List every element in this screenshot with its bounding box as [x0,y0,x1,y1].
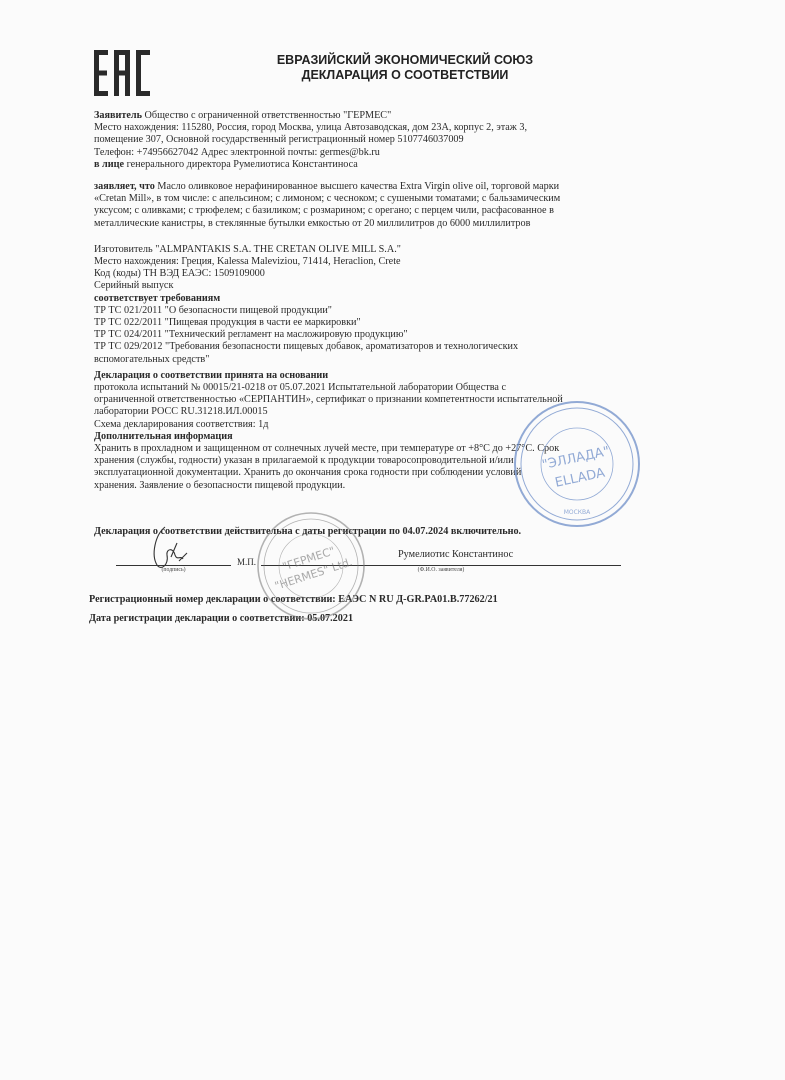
applicant-contacts: Телефон: +74956627042 Адрес электронной … [94,147,634,159]
svg-text:"HERMES" Ltd.: "HERMES" Ltd. [273,555,354,592]
requirement-item: ТР ТС 022/2011 "Пищевая продукция в част… [94,317,634,329]
additional-info-label: Дополнительная информация [94,431,634,443]
applicant-representative: в лице генерального директора Румелиотис… [94,159,634,171]
fio-line [261,565,621,566]
basis-line-1: протокола испытаний № 00015/21-0218 от 0… [94,382,634,394]
registration-number: Регистрационный номер декларации о соотв… [89,594,498,605]
seal-place-label: М.П. [237,557,256,567]
tn-ved-code: Код (коды) ТН ВЭД ЕАЭС: 1509109000 [94,268,634,280]
applicant-label: Заявитель [94,110,142,121]
document-header: ЕВРАЗИЙСКИЙ ЭКОНОМИЧЕСКИЙ СОЮЗ ДЕКЛАРАЦИ… [240,53,570,83]
declaration-label: заявляет, что [94,181,155,192]
eac-logo-icon [94,50,152,96]
production-type: Серийный выпуск [94,280,634,292]
declaration-line-4: металлические канистры, в стеклянные бут… [94,218,634,230]
additional-info-line-1: Хранить в прохладном и защищенном от сол… [94,443,634,455]
basis-line-2: ограниченной ответственностью «СЕРПАНТИН… [94,394,634,406]
additional-info-line-4: хранения. Заявление о безопасности пищев… [94,480,634,492]
applicant-address-1: Место нахождения: 115280, Россия, город … [94,122,634,134]
basis-label: Декларация о соответствии принята на осн… [94,370,634,382]
fio-caption: (Ф.И.О. заявителя) [261,567,621,573]
additional-info-line-3: эксплуатационной документации. Хранить д… [94,467,634,479]
representative-value: генерального директора Румелиотиса Конст… [124,159,358,170]
svg-text:МОСКВА: МОСКВА [564,509,591,516]
declaration-line-2: «Cretan Mill», в том числе: с апельсином… [94,193,634,205]
additional-info-line-2: хранения (службы, годности) указан в при… [94,455,634,467]
declaration-scheme: Схема декларирования соответствия: 1д [94,419,634,431]
manufacturer-name: Изготовитель "ALMPANTAKIS S.A. THE CRETA… [94,244,634,256]
applicant-name: Общество с ограниченной ответственностью… [142,110,391,121]
representative-label: в лице [94,159,124,170]
declaration-title: ДЕКЛАРАЦИЯ О СООТВЕТСТВИИ [240,68,570,83]
requirement-item: вспомогательных средств" [94,354,634,366]
declaration-line-1: заявляет, что Масло оливковое нерафиниро… [94,181,634,193]
requirement-item: ТР ТС 024/2011 "Технический регламент на… [94,329,634,341]
applicant-address-2: помещение 307, Основной государственный … [94,134,634,146]
declaration-line-3: уксусом; с оливками; с трюфелем; с базил… [94,205,634,217]
declaration-body: Заявитель Общество с ограниченной ответс… [94,110,634,492]
basis-line-3: лаборатории РОСС RU.31218.ИЛ.00015 [94,406,634,418]
product-description: Масло оливковое нерафинированное высшего… [155,181,559,192]
manufacturer-address: Место нахождения: Греция, Kalessa Malevi… [94,256,634,268]
requirement-item: ТР ТС 029/2012 "Требования безопасности … [94,341,634,353]
requirements-label: соответствует требованиям [94,293,634,305]
fio-field: (Ф.И.О. заявителя) [261,565,621,573]
registration-date: Дата регистрации декларации о соответств… [89,613,353,624]
handwritten-signature-icon [147,525,193,571]
requirement-item: ТР ТС 021/2011 "О безопасности пищевой п… [94,305,634,317]
applicant-full-name: Румелиотис Константинос [398,549,513,560]
union-title: ЕВРАЗИЙСКИЙ ЭКОНОМИЧЕСКИЙ СОЮЗ [240,53,570,68]
applicant-line: Заявитель Общество с ограниченной ответс… [94,110,634,122]
